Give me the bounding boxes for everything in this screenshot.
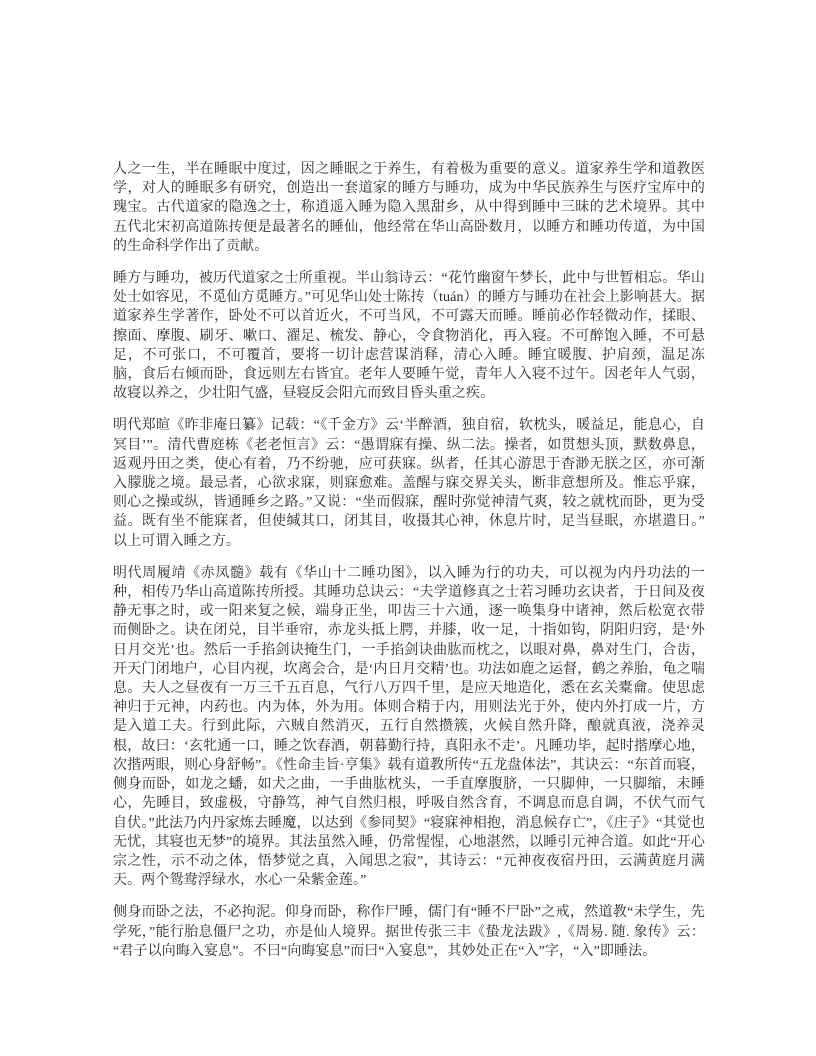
paragraph-side-lying: 侧身而卧之法，不必拘泥。仰身而卧，称作尸睡，儒门有“睡不尸卧”之戒，然道教“未学… [113,903,705,961]
paragraph-sleep-method: 睡方与睡功，被历代道家之士所重视。半山翁诗云：“花竹幽窗午梦长，此中与世暂相忘。… [113,269,705,403]
paragraph-classics-quotes: 明代郑暄《昨非庵日纂》记载：“《千金方》云‘半醉酒，独自宿，软枕头，暖益足，能息… [113,416,705,550]
paragraph-intro: 人之一生，半在睡眠中度过，因之睡眠之于养生，有着极为重要的意义。道家养生学和道教… [113,160,705,256]
paragraph-sleep-gong: 明代周履靖《赤凤髓》载有《华山十二睡功图》，以入睡为行的功夫，可以视为内丹功法的… [113,564,705,890]
text-body: 人之一生，半在睡眠中度过，因之睡眠之于养生，有着极为重要的意义。道家养生学和道教… [113,160,705,961]
document-page: 人之一生，半在睡眠中度过，因之睡眠之于养生，有着极为重要的意义。道家养生学和道教… [0,0,816,1056]
